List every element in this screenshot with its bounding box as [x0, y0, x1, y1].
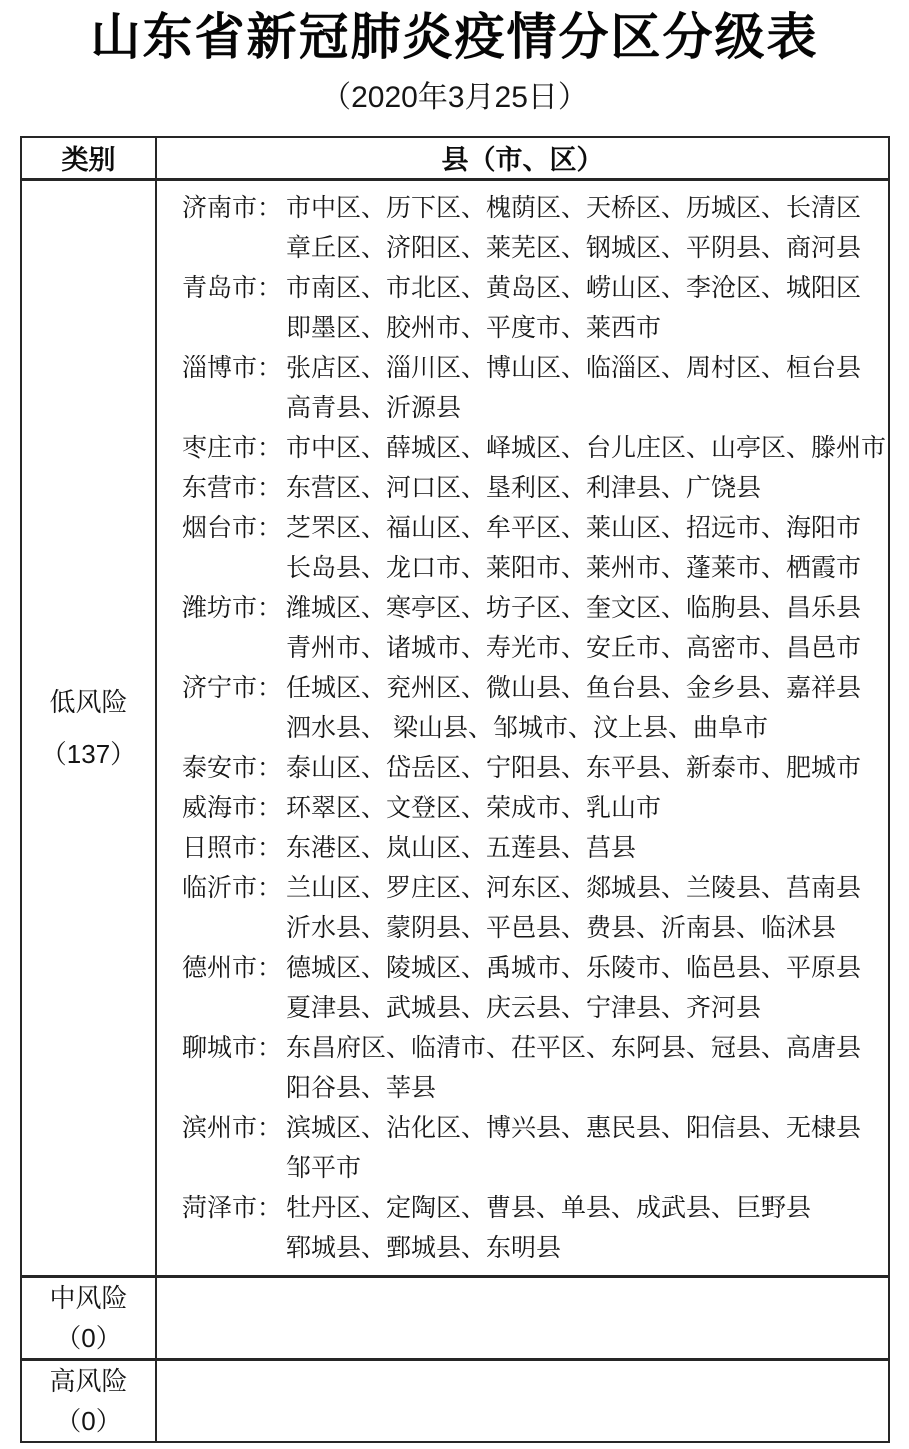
city-name: 青岛市： [182, 268, 282, 308]
district-line: 环翠区、文登区、荣成市、乳山市 [286, 788, 886, 828]
risk-row-mid: 中风险（0） [21, 1276, 889, 1359]
risk-row-high: 高风险（0） [21, 1359, 889, 1442]
city-entry: 日照市：东港区、岚山区、五莲县、莒县 [182, 828, 886, 868]
city-name: 枣庄市： [182, 428, 282, 468]
city-entry: 威海市：环翠区、文登区、荣成市、乳山市 [182, 788, 886, 828]
risk-row-low: 低风险（137）济南市：市中区、历下区、槐荫区、天桥区、历城区、长清区章丘区、济… [21, 179, 889, 1276]
city-entry: 青岛市：市南区、市北区、黄岛区、崂山区、李沧区、城阳区即墨区、胶州市、平度市、莱… [182, 268, 886, 348]
category-cell-low: 低风险（137） [21, 179, 156, 1276]
district-line: 东昌府区、临清市、茌平区、东阿县、冠县、高唐县 [286, 1028, 886, 1068]
district-line: 德城区、陵城区、禹城市、乐陵市、临邑县、平原县 [286, 948, 886, 988]
city-name: 日照市： [182, 828, 282, 868]
city-name: 济宁市： [182, 668, 282, 708]
city-entry: 滨州市：滨城区、沾化区、博兴县、惠民县、阳信县、无棣县邹平市 [182, 1108, 886, 1188]
city-entry: 烟台市：芝罘区、福山区、牟平区、莱山区、招远市、海阳市长岛县、龙口市、莱阳市、莱… [182, 508, 886, 588]
category-label: 低风险 [22, 676, 155, 728]
district-line: 市中区、历下区、槐荫区、天桥区、历城区、长清区 [286, 188, 886, 228]
district-line: 潍城区、寒亭区、坊子区、奎文区、临朐县、昌乐县 [286, 588, 886, 628]
category-count: （0） [22, 1318, 155, 1358]
city-name: 菏泽市： [182, 1188, 282, 1228]
district-line: 邹平市 [286, 1148, 886, 1188]
district-line: 章丘区、济阳区、莱芜区、钢城区、平阴县、商河县 [286, 228, 886, 268]
risk-level-table: 类别 县（市、区） 低风险（137）济南市：市中区、历下区、槐荫区、天桥区、历城… [20, 136, 890, 1443]
counties-cell-high [156, 1359, 889, 1442]
header-row: 类别 县（市、区） [21, 137, 889, 179]
header-category: 类别 [21, 137, 156, 179]
city-entry: 泰安市：泰山区、岱岳区、宁阳县、东平县、新泰市、肥城市 [182, 748, 886, 788]
counties-cell-mid [156, 1276, 889, 1359]
page-title: 山东省新冠肺炎疫情分区分级表 [0, 8, 909, 66]
city-name: 淄博市： [182, 348, 282, 388]
city-entry: 济宁市：任城区、兖州区、微山县、鱼台县、金乡县、嘉祥县泗水县、 梁山县、邹城市、… [182, 668, 886, 748]
district-line: 市中区、薛城区、峄城区、台儿庄区、山亭区、滕州市 [286, 428, 886, 468]
city-name: 滨州市： [182, 1108, 282, 1148]
counties-cell-low: 济南市：市中区、历下区、槐荫区、天桥区、历城区、长清区章丘区、济阳区、莱芜区、钢… [156, 179, 889, 1276]
category-count: （0） [22, 1401, 155, 1441]
district-line: 泗水县、 梁山县、邹城市、汶上县、曲阜市 [286, 708, 886, 748]
city-entry: 聊城市：东昌府区、临清市、茌平区、东阿县、冠县、高唐县阳谷县、莘县 [182, 1028, 886, 1108]
city-entry: 淄博市：张店区、淄川区、博山区、临淄区、周村区、桓台县高青县、沂源县 [182, 348, 886, 428]
district-line: 即墨区、胶州市、平度市、莱西市 [286, 308, 886, 348]
city-name: 威海市： [182, 788, 282, 828]
district-line: 牡丹区、定陶区、曹县、单县、成武县、巨野县 [286, 1188, 886, 1228]
category-cell-high: 高风险（0） [21, 1359, 156, 1442]
city-name: 烟台市： [182, 508, 282, 548]
district-line: 市南区、市北区、黄岛区、崂山区、李沧区、城阳区 [286, 268, 886, 308]
header-counties: 县（市、区） [156, 137, 889, 179]
district-line: 东港区、岚山区、五莲县、莒县 [286, 828, 886, 868]
district-line: 滨城区、沾化区、博兴县、惠民县、阳信县、无棣县 [286, 1108, 886, 1148]
district-line: 夏津县、武城县、庆云县、宁津县、齐河县 [286, 988, 886, 1028]
district-line: 东营区、河口区、垦利区、利津县、广饶县 [286, 468, 886, 508]
district-line: 张店区、淄川区、博山区、临淄区、周村区、桓台县 [286, 348, 886, 388]
city-entry: 东营市：东营区、河口区、垦利区、利津县、广饶县 [182, 468, 886, 508]
city-name: 泰安市： [182, 748, 282, 788]
city-entry: 德州市：德城区、陵城区、禹城市、乐陵市、临邑县、平原县夏津县、武城县、庆云县、宁… [182, 948, 886, 1028]
district-line: 阳谷县、莘县 [286, 1068, 886, 1108]
category-label: 中风险 [22, 1278, 155, 1318]
city-entry: 临沂市：兰山区、罗庄区、河东区、郯城县、兰陵县、莒南县沂水县、蒙阴县、平邑县、费… [182, 868, 886, 948]
district-line: 沂水县、蒙阴县、平邑县、费县、沂南县、临沭县 [286, 908, 886, 948]
document-page: 山东省新冠肺炎疫情分区分级表 （2020年3月25日） 类别 县（市、区） 低风… [0, 0, 909, 1443]
category-label: 高风险 [22, 1361, 155, 1401]
city-entry: 菏泽市：牡丹区、定陶区、曹县、单县、成武县、巨野县郓城县、鄄城县、东明县 [182, 1188, 886, 1268]
district-line: 兰山区、罗庄区、河东区、郯城县、兰陵县、莒南县 [286, 868, 886, 908]
city-entry: 枣庄市：市中区、薛城区、峄城区、台儿庄区、山亭区、滕州市 [182, 428, 886, 468]
category-count: （137） [22, 728, 155, 780]
district-line: 任城区、兖州区、微山县、鱼台县、金乡县、嘉祥县 [286, 668, 886, 708]
district-line: 高青县、沂源县 [286, 388, 886, 428]
city-name: 济南市： [182, 188, 282, 228]
city-name: 临沂市： [182, 868, 282, 908]
city-entry: 潍坊市：潍城区、寒亭区、坊子区、奎文区、临朐县、昌乐县青州市、诸城市、寿光市、安… [182, 588, 886, 668]
city-name: 东营市： [182, 468, 282, 508]
district-line: 泰山区、岱岳区、宁阳县、东平县、新泰市、肥城市 [286, 748, 886, 788]
district-line: 长岛县、龙口市、莱阳市、莱州市、蓬莱市、栖霞市 [286, 548, 886, 588]
risk-table-header: 类别 县（市、区） [21, 137, 889, 179]
district-line: 芝罘区、福山区、牟平区、莱山区、招远市、海阳市 [286, 508, 886, 548]
page-subtitle: （2020年3月25日） [0, 78, 909, 118]
category-cell-mid: 中风险（0） [21, 1276, 156, 1359]
risk-table-body: 低风险（137）济南市：市中区、历下区、槐荫区、天桥区、历城区、长清区章丘区、济… [21, 179, 889, 1442]
district-line: 青州市、诸城市、寿光市、安丘市、高密市、昌邑市 [286, 628, 886, 668]
city-name: 德州市： [182, 948, 282, 988]
district-line: 郓城县、鄄城县、东明县 [286, 1228, 886, 1268]
city-name: 聊城市： [182, 1028, 282, 1068]
city-name: 潍坊市： [182, 588, 282, 628]
city-entry: 济南市：市中区、历下区、槐荫区、天桥区、历城区、长清区章丘区、济阳区、莱芜区、钢… [182, 188, 886, 268]
